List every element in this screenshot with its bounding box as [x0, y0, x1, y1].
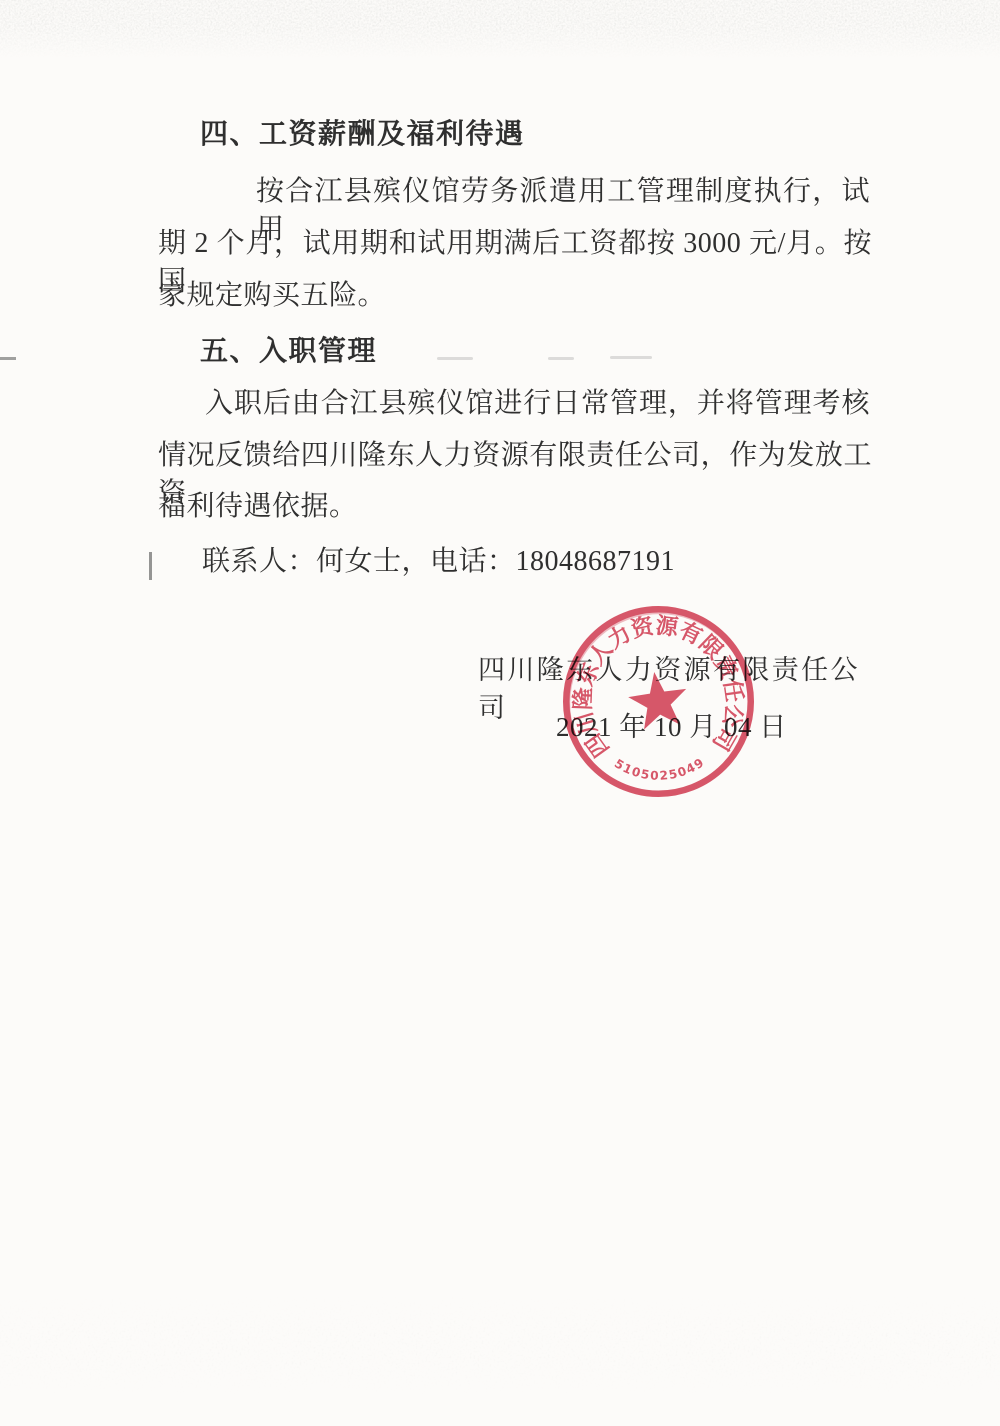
scan-artifact-smudge: [548, 357, 574, 360]
company-seal-stamp: 四川隆东人力资源有限责任公司 5105025049673: [556, 599, 761, 804]
section-5-line-1: 入职后由合江县殡仪馆进行日常管理，并将管理考核: [205, 385, 870, 423]
section-5-heading: 五、入职管理: [200, 333, 377, 371]
section-4-heading: 四、工资薪酬及福利待遇: [200, 116, 525, 154]
scan-artifact-smudge: [437, 357, 473, 360]
contact-line: 联系人：何女士，电话：18048687191: [202, 543, 675, 581]
section-4-line-3: 家规定购买五险。: [158, 277, 386, 315]
scan-artifact-dash: [0, 357, 16, 360]
scan-noise-top: [0, 0, 1000, 58]
scanned-document-page: 四、工资薪酬及福利待遇 按合江县殡仪馆劳务派遣用工管理制度执行，试用 期 2 个…: [0, 0, 1000, 1426]
scan-artifact-smudge: [610, 356, 652, 359]
star-icon: [628, 672, 686, 730]
scan-artifact-line: [149, 552, 152, 580]
scan-noise-bottom: [0, 1295, 1000, 1395]
section-5-line-3: 福利待遇依据。: [158, 488, 358, 526]
